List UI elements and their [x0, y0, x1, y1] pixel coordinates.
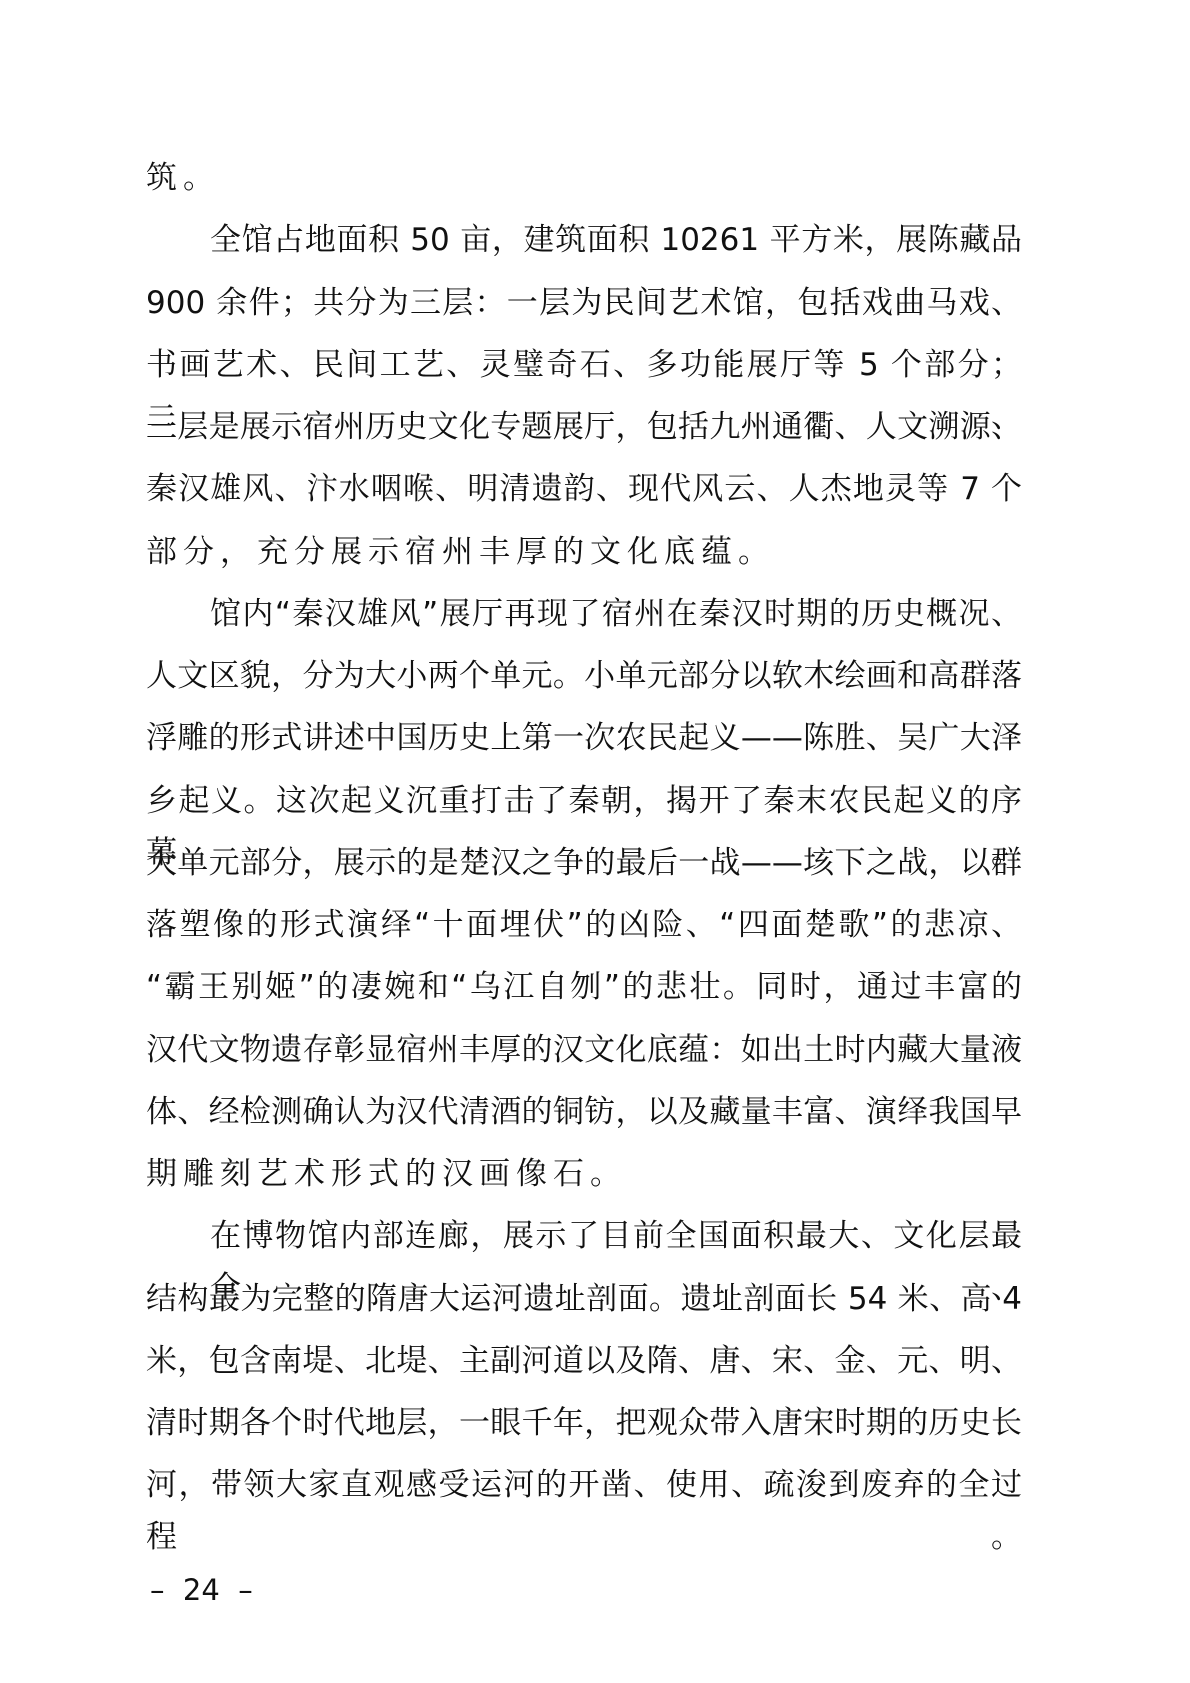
- body-text: 筑。 全馆占地面积 50 亩，建筑面积 10261 平方米，展陈藏品 900 余…: [146, 152, 1022, 1522]
- text-line: 米，包含南堤、北堤、主副河道以及隋、唐、宋、金、元、明、: [146, 1335, 1022, 1397]
- text-line: 部分，充分展示宿州丰厚的文化底蕴。: [146, 526, 1022, 588]
- paragraph-line: 全馆占地面积 50 亩，建筑面积 10261 平方米，展陈藏品: [210, 214, 1022, 266]
- text-line: 汉代文物遗存彰显宿州丰厚的汉文化底蕴：如出土时内藏大量液: [146, 1024, 1022, 1086]
- text-line: 全馆占地面积 50 亩，建筑面积 10261 平方米，展陈藏品: [146, 214, 1022, 276]
- paragraph-line: 浮雕的形式讲述中国历史上第一次农民起义——陈胜、吴广大泽: [146, 712, 1022, 764]
- text-line: 900 余件；共分为三层：一层为民间艺术馆，包括戏曲马戏、: [146, 277, 1022, 339]
- text-line: 期雕刻艺术形式的汉画像石。: [146, 1148, 1022, 1210]
- text-line: 结构最为完整的隋唐大运河遗址剖面。遗址剖面长 54 米、高 4: [146, 1273, 1022, 1335]
- paragraph-line: 落塑像的形式演绎“十面埋伏”的凶险、“四面楚歌”的悲凉、: [146, 899, 1022, 951]
- paragraph-line: 清时期各个时代地层，一眼千年，把观众带入唐宋时期的历史长: [146, 1397, 1022, 1449]
- text-line: 清时期各个时代地层，一眼千年，把观众带入唐宋时期的历史长: [146, 1397, 1022, 1459]
- text-line: 馆内“秦汉雄风”展厅再现了宿州在秦汉时期的历史概况、: [146, 588, 1022, 650]
- text-line: 乡起义。这次起义沉重打击了秦朝，揭开了秦末农民起义的序幕。: [146, 775, 1022, 837]
- paragraph-line: 部分，充分展示宿州丰厚的文化底蕴。: [146, 526, 1022, 578]
- paragraph-line: 筑。: [146, 152, 1022, 204]
- text-line: 大单元部分，展示的是楚汉之争的最后一战——垓下之战，以群: [146, 837, 1022, 899]
- text-line: 浮雕的形式讲述中国历史上第一次农民起义——陈胜、吴广大泽: [146, 712, 1022, 774]
- text-line: 在博物馆内部连廊，展示了目前全国面积最大、文化层最全、: [146, 1210, 1022, 1272]
- paragraph-line: 体、经检测确认为汉代清酒的铜钫，以及藏量丰富、演绎我国早: [146, 1086, 1022, 1138]
- text-line: 河，带领大家直观感受运河的开凿、使用、疏浚到废弃的全过程。: [146, 1459, 1022, 1521]
- paragraph-line: 结构最为完整的隋唐大运河遗址剖面。遗址剖面长 54 米、高 4: [146, 1273, 1022, 1325]
- paragraph-line: 秦汉雄风、汴水咽喉、明清遗韵、现代风云、人杰地灵等 7 个: [146, 463, 1022, 515]
- text-line: 三层是展示宿州历史文化专题展厅，包括九州通衢、人文溯源、: [146, 401, 1022, 463]
- page-number: – 24 –: [150, 1570, 253, 1610]
- paragraph-line: 汉代文物遗存彰显宿州丰厚的汉文化底蕴：如出土时内藏大量液: [146, 1024, 1022, 1076]
- paragraph-line: 馆内“秦汉雄风”展厅再现了宿州在秦汉时期的历史概况、: [210, 588, 1022, 640]
- text-line: 体、经检测确认为汉代清酒的铜钫，以及藏量丰富、演绎我国早: [146, 1086, 1022, 1148]
- paragraph-line: 人文区貌，分为大小两个单元。小单元部分以软木绘画和高群落: [146, 650, 1022, 702]
- paragraph-line: 期雕刻艺术形式的汉画像石。: [146, 1148, 1022, 1200]
- paragraph-line: 米，包含南堤、北堤、主副河道以及隋、唐、宋、金、元、明、: [146, 1335, 1022, 1387]
- text-line: 落塑像的形式演绎“十面埋伏”的凶险、“四面楚歌”的悲凉、: [146, 899, 1022, 961]
- text-line: “霸王别姬”的凄婉和“乌江自刎”的悲壮。同时，通过丰富的: [146, 961, 1022, 1023]
- text-line: 人文区貌，分为大小两个单元。小单元部分以软木绘画和高群落: [146, 650, 1022, 712]
- paragraph-line: 900 余件；共分为三层：一层为民间艺术馆，包括戏曲马戏、: [146, 277, 1022, 329]
- document-page: 筑。 全馆占地面积 50 亩，建筑面积 10261 平方米，展陈藏品 900 余…: [0, 0, 1190, 1683]
- text-line: 秦汉雄风、汴水咽喉、明清遗韵、现代风云、人杰地灵等 7 个: [146, 463, 1022, 525]
- paragraph-line: 三层是展示宿州历史文化专题展厅，包括九州通衢、人文溯源、: [146, 401, 1022, 453]
- paragraph-line: “霸王别姬”的凄婉和“乌江自刎”的悲壮。同时，通过丰富的: [146, 961, 1022, 1013]
- text-line: 书画艺术、民间工艺、灵璧奇石、多功能展厅等 5 个部分；二、: [146, 339, 1022, 401]
- paragraph-line: 河，带领大家直观感受运河的开凿、使用、疏浚到废弃的全过程。: [146, 1459, 1022, 1563]
- text-line: 筑。: [146, 152, 1022, 214]
- paragraph-line: 大单元部分，展示的是楚汉之争的最后一战——垓下之战，以群: [146, 837, 1022, 889]
